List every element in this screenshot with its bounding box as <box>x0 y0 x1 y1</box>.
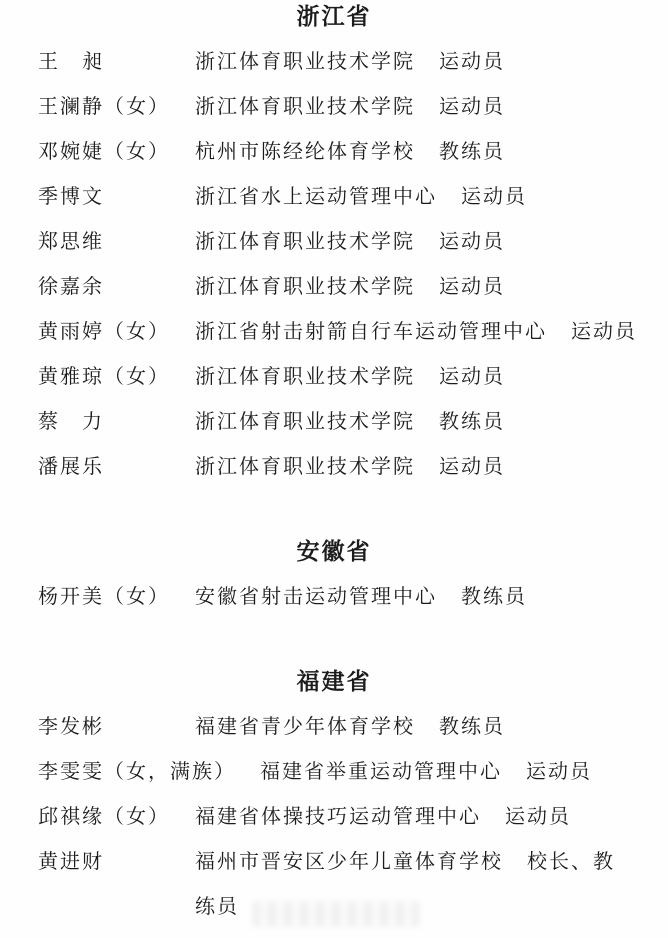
section-rows-anhui: 杨开美（女）安徽省射击运动管理中心教练员 <box>38 575 630 620</box>
person-org: 福州市晋安区少年儿童体育学校 <box>195 851 503 873</box>
person-role: 教练员 <box>439 716 505 738</box>
person-name: 李雯雯（女，满族） <box>38 750 236 795</box>
person-org: 浙江体育职业技术学院 <box>195 51 415 73</box>
person-role: 教练员 <box>461 586 527 608</box>
person-org: 浙江省水上运动管理中心 <box>195 186 437 208</box>
person-org: 浙江体育职业技术学院 <box>195 411 415 433</box>
person-details: 浙江体育职业技术学院运动员 <box>195 220 630 265</box>
person-details: 浙江体育职业技术学院运动员 <box>195 265 630 310</box>
person-role: 运动员 <box>439 276 505 298</box>
person-name: 王 昶 <box>38 40 195 85</box>
person-role: 运动员 <box>439 51 505 73</box>
person-role: 运动员 <box>439 456 505 478</box>
person-org: 福建省体操技巧运动管理中心 <box>195 806 481 828</box>
person-name: 郑思维 <box>38 220 195 265</box>
person-name: 李发彬 <box>38 705 195 750</box>
person-details: 浙江省射击射箭自行车运动管理中心运动员 <box>195 310 637 355</box>
person-row: 王澜静（女）浙江体育职业技术学院运动员 <box>38 85 630 130</box>
person-org: 浙江体育职业技术学院 <box>195 366 415 388</box>
person-name: 王澜静（女） <box>38 85 195 130</box>
section-title-anhui: 安徽省 <box>38 539 630 565</box>
person-role: 教练员 <box>439 411 505 433</box>
person-name: 蔡 力 <box>38 400 195 445</box>
person-name: 季博文 <box>38 175 195 220</box>
redacted-watermark-smudge <box>252 901 420 927</box>
person-details: 浙江体育职业技术学院运动员 <box>195 85 630 130</box>
person-org: 浙江省射击射箭自行车运动管理中心 <box>195 321 547 343</box>
person-details: 浙江体育职业技术学院运动员 <box>195 355 630 400</box>
person-name: 黄雨婷（女） <box>38 310 195 355</box>
person-org: 浙江体育职业技术学院 <box>195 96 415 118</box>
person-details: 浙江体育职业技术学院运动员 <box>195 40 630 85</box>
person-org: 福建省青少年体育学校 <box>195 716 415 738</box>
person-details: 福建省青少年体育学校教练员 <box>195 705 630 750</box>
person-row: 季博文浙江省水上运动管理中心运动员 <box>38 175 630 220</box>
section-rows-fujian: 李发彬福建省青少年体育学校教练员 李雯雯（女，满族）福建省举重运动管理中心运动员… <box>38 705 630 930</box>
person-row: 李发彬福建省青少年体育学校教练员 <box>38 705 630 750</box>
person-role: 运动员 <box>439 231 505 253</box>
person-role: 运动员 <box>571 321 637 343</box>
person-role: 运动员 <box>526 761 592 783</box>
person-row: 杨开美（女）安徽省射击运动管理中心教练员 <box>38 575 630 620</box>
person-org: 浙江体育职业技术学院 <box>195 456 415 478</box>
person-name: 杨开美（女） <box>38 575 195 620</box>
person-row: 蔡 力浙江体育职业技术学院教练员 <box>38 400 630 445</box>
person-org: 浙江体育职业技术学院 <box>195 231 415 253</box>
person-row: 邓婉婕（女）杭州市陈经纶体育学校教练员 <box>38 130 630 175</box>
person-org: 浙江体育职业技术学院 <box>195 276 415 298</box>
person-row: 郑思维浙江体育职业技术学院运动员 <box>38 220 630 265</box>
person-row: 黄雅琼（女）浙江体育职业技术学院运动员 <box>38 355 630 400</box>
person-details: 浙江省水上运动管理中心运动员 <box>195 175 630 220</box>
document-page: 浙江省 王 昶浙江体育职业技术学院运动员 王澜静（女）浙江体育职业技术学院运动员… <box>0 0 668 938</box>
person-row: 徐嘉余浙江体育职业技术学院运动员 <box>38 265 630 310</box>
person-name: 黄雅琼（女） <box>38 355 195 400</box>
person-details: 福建省举重运动管理中心运动员 <box>260 750 630 795</box>
person-name: 徐嘉余 <box>38 265 195 310</box>
section-rows-zhejiang: 王 昶浙江体育职业技术学院运动员 王澜静（女）浙江体育职业技术学院运动员 邓婉婕… <box>38 40 630 490</box>
person-row: 王 昶浙江体育职业技术学院运动员 <box>38 40 630 85</box>
person-row: 邱祺缘（女）福建省体操技巧运动管理中心运动员 <box>38 795 630 840</box>
person-org: 安徽省射击运动管理中心 <box>195 586 437 608</box>
person-row: 黄雨婷（女）浙江省射击射箭自行车运动管理中心运动员 <box>38 310 630 355</box>
person-details: 福建省体操技巧运动管理中心运动员 <box>195 795 630 840</box>
person-org: 福建省举重运动管理中心 <box>260 761 502 783</box>
person-details: 浙江体育职业技术学院运动员 <box>195 445 630 490</box>
person-org: 杭州市陈经纶体育学校 <box>195 141 415 163</box>
person-row: 李雯雯（女，满族）福建省举重运动管理中心运动员 <box>38 750 630 795</box>
person-row: 潘展乐浙江体育职业技术学院运动员 <box>38 445 630 490</box>
person-role: 运动员 <box>439 96 505 118</box>
person-name: 潘展乐 <box>38 445 195 490</box>
person-name: 邱祺缘（女） <box>38 795 195 840</box>
person-role: 运动员 <box>505 806 571 828</box>
person-name: 邓婉婕（女） <box>38 130 195 175</box>
person-details: 浙江体育职业技术学院教练员 <box>195 400 630 445</box>
person-name: 黄进财 <box>38 840 195 885</box>
section-title-fujian: 福建省 <box>38 669 630 695</box>
person-details: 杭州市陈经纶体育学校教练员 <box>195 130 630 175</box>
person-role: 运动员 <box>439 366 505 388</box>
person-role: 教练员 <box>439 141 505 163</box>
section-title-zhejiang: 浙江省 <box>38 4 630 30</box>
person-role: 运动员 <box>461 186 527 208</box>
person-details: 安徽省射击运动管理中心教练员 <box>195 575 630 620</box>
